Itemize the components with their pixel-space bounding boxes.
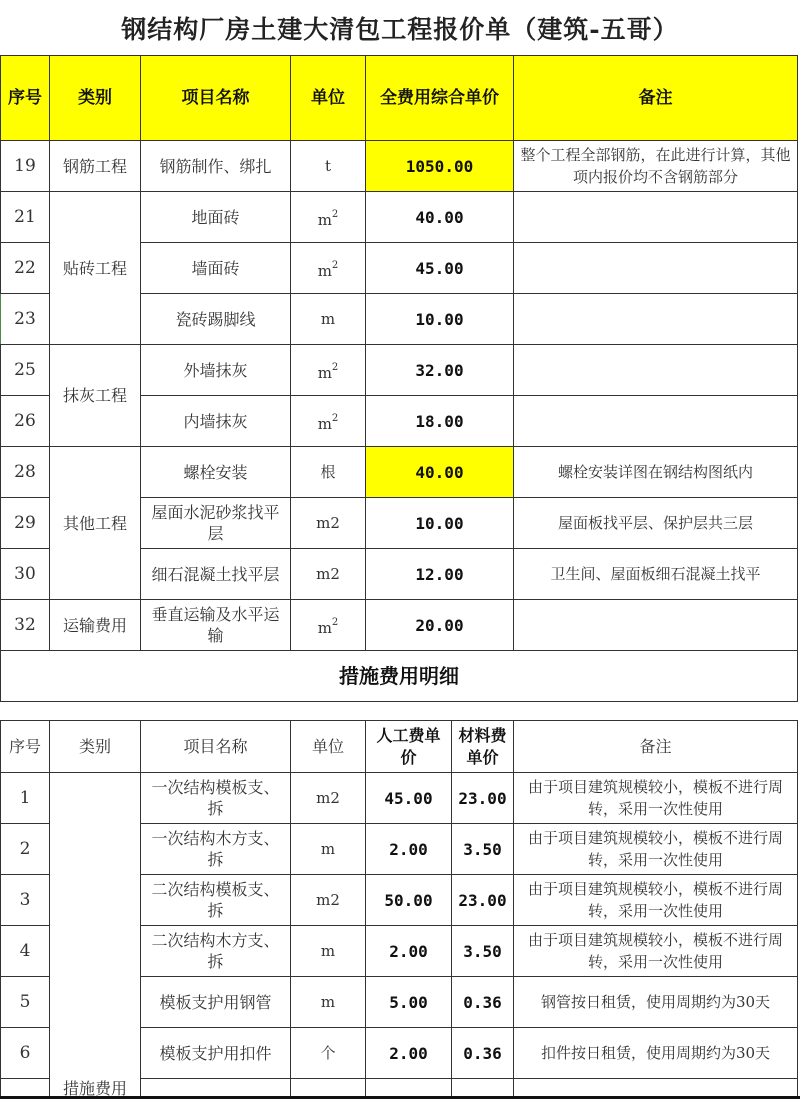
row-unit: 个 [291,1028,366,1079]
row-item-name: 一次结构模板支、拆 [141,773,291,824]
page-title: 钢结构厂房土建大清包工程报价单（建筑-五哥） [0,0,800,55]
row-labor-price: 50.00 [366,875,452,926]
row-remarks [514,294,798,345]
row-item-name: 墙面砖 [141,243,291,294]
row-item-name: 模板支护用钢管 [141,977,291,1028]
row-unit: t [291,141,366,192]
row-item-name: 二次结构模板支、拆 [141,875,291,926]
row-category: 抹灰工程 [50,345,141,447]
row-remarks: 由于项目建筑规模较小，模板不进行周转，采用一次性使用 [514,875,798,926]
row-price: 10.00 [366,498,514,549]
row-item-name: 二次结构木方支、拆 [141,926,291,977]
row-labor-price: 2.00 [366,926,452,977]
table-row: 28 其他工程 螺栓安装 根 40.00 螺栓安装详图在钢结构图纸内 [1,447,798,498]
row-price: 18.00 [366,396,514,447]
row-labor-price: 2.00 [366,1028,452,1079]
row-category: 运输费用 [50,600,141,651]
row-index: 28 [1,447,50,498]
row-index: 4 [1,926,50,977]
row-price: 45.00 [366,243,514,294]
row-labor-price: 5.00 [366,977,452,1028]
row-index: 5 [1,977,50,1028]
row-remarks: 扣件按日租赁，使用周期约为30天 [514,1028,798,1079]
row-unit: 根 [291,447,366,498]
row-index: 3 [1,875,50,926]
row-remarks: 由于项目建筑规模较小，模板不进行周转，采用一次性使用 [514,773,798,824]
row-item-name: 一次结构木方支、拆 [141,824,291,875]
row-index: 26 [1,396,50,447]
row-item-name: 细石混凝土找平层 [141,549,291,600]
header-remarks: 备注 [514,56,798,141]
row-index: 19 [1,141,50,192]
row-unit: m2 [291,498,366,549]
row-remarks [514,345,798,396]
row-price: 12.00 [366,549,514,600]
row-price: 10.00 [366,294,514,345]
row-price: 40.00 [366,192,514,243]
row-material-price: 3.50 [452,926,514,977]
table-header-row: 序号 类别 项目名称 单位 全费用综合单价 备注 [1,56,798,141]
row-unit: m [291,824,366,875]
row-item-name: 地面砖 [141,192,291,243]
row-unit: m [291,926,366,977]
row-labor-price: 2.00 [366,824,452,875]
row-price: 1050.00 [366,141,514,192]
row-remarks: 整个工程全部钢筋，在此进行计算，其他项内报价均不含钢筋部分 [514,141,798,192]
row-index: 29 [1,498,50,549]
row-price: 40.00 [366,447,514,498]
header-category: 类别 [50,56,141,141]
row-item-name: 内墙抹灰 [141,396,291,447]
row-unit: m2 [291,396,366,447]
section-title-row: 措施费用明细 [1,651,798,702]
row-material-price: 0.36 [452,1028,514,1079]
row-unit: m2 [291,875,366,926]
row-item-name: 外墙抹灰 [141,345,291,396]
row-index: 32 [1,600,50,651]
header-remarks: 备注 [514,721,798,773]
row-unit: m2 [291,345,366,396]
row-price: 20.00 [366,600,514,651]
row-category: 措施费用 [50,773,141,1099]
row-unit: m2 [291,773,366,824]
row-index: 22 [1,243,50,294]
row-category: 钢筋工程 [50,141,141,192]
row-remarks [514,396,798,447]
row-index: 25 [1,345,50,396]
row-unit: m [291,977,366,1028]
row-item-name: 屋面水泥砂浆找平层 [141,498,291,549]
row-unit: m2 [291,549,366,600]
row-remarks [514,243,798,294]
row-remarks [514,192,798,243]
header-unit-price: 全费用综合单价 [366,56,514,141]
row-material-price: 23.00 [452,875,514,926]
row-index: 21 [1,192,50,243]
table-row: 25 抹灰工程 外墙抹灰 m2 32.00 [1,345,798,396]
row-index: 2 [1,824,50,875]
row-unit: m [291,294,366,345]
row-item-name: 螺栓安装 [141,447,291,498]
row-index: 6 [1,1028,50,1079]
row-material-price: 3.50 [452,824,514,875]
row-item-name: 瓷砖踢脚线 [141,294,291,345]
row-item-name: 钢筋制作、绑扎 [141,141,291,192]
row-remarks: 钢管按日租赁，使用周期约为30天 [514,977,798,1028]
row-labor-price: 45.00 [366,773,452,824]
row-remarks: 由于项目建筑规模较小，模板不进行周转，采用一次性使用 [514,926,798,977]
row-remarks: 屋面板找平层、保护层共三层 [514,498,798,549]
row-material-price: 0.36 [452,977,514,1028]
row-item-name: 垂直运输及水平运输 [141,600,291,651]
header-index: 序号 [1,721,50,773]
section-title: 措施费用明细 [1,651,798,702]
row-material-price: 23.00 [452,773,514,824]
table-header-row: 序号 类别 项目名称 单位 人工费单价 材料费单价 备注 [1,721,798,773]
row-index: 30 [1,549,50,600]
header-unit: 单位 [291,721,366,773]
row-category: 贴砖工程 [50,192,141,345]
quote-table: 序号 类别 项目名称 单位 全费用综合单价 备注 19 钢筋工程 钢筋制作、绑扎… [0,55,798,702]
row-item-name: 模板支护用扣件 [141,1028,291,1079]
row-remarks: 卫生间、屋面板细石混凝土找平 [514,549,798,600]
header-material-price: 材料费单价 [452,721,514,773]
row-category: 其他工程 [50,447,141,600]
row-index: 23 [1,294,50,345]
table-row: 19 钢筋工程 钢筋制作、绑扎 t 1050.00 整个工程全部钢筋，在此进行计… [1,141,798,192]
row-remarks: 螺栓安装详图在钢结构图纸内 [514,447,798,498]
header-category: 类别 [50,721,141,773]
header-index: 序号 [1,56,50,141]
header-item-name: 项目名称 [141,721,291,773]
table-row: 1 措施费用 一次结构模板支、拆 m2 45.00 23.00 由于项目建筑规模… [1,773,798,824]
header-item-name: 项目名称 [141,56,291,141]
row-remarks: 由于项目建筑规模较小，模板不进行周转，采用一次性使用 [514,824,798,875]
row-price: 32.00 [366,345,514,396]
row-unit: m2 [291,243,366,294]
row-index: 1 [1,773,50,824]
table-row: 32 运输费用 垂直运输及水平运输 m2 20.00 [1,600,798,651]
measures-table: 序号 类别 项目名称 单位 人工费单价 材料费单价 备注 1 措施费用 一次结构… [0,720,798,1099]
row-unit: m2 [291,600,366,651]
row-remarks [514,600,798,651]
header-labor-price: 人工费单价 [366,721,452,773]
row-unit: m2 [291,192,366,243]
header-unit: 单位 [291,56,366,141]
table-row: 21 贴砖工程 地面砖 m2 40.00 [1,192,798,243]
